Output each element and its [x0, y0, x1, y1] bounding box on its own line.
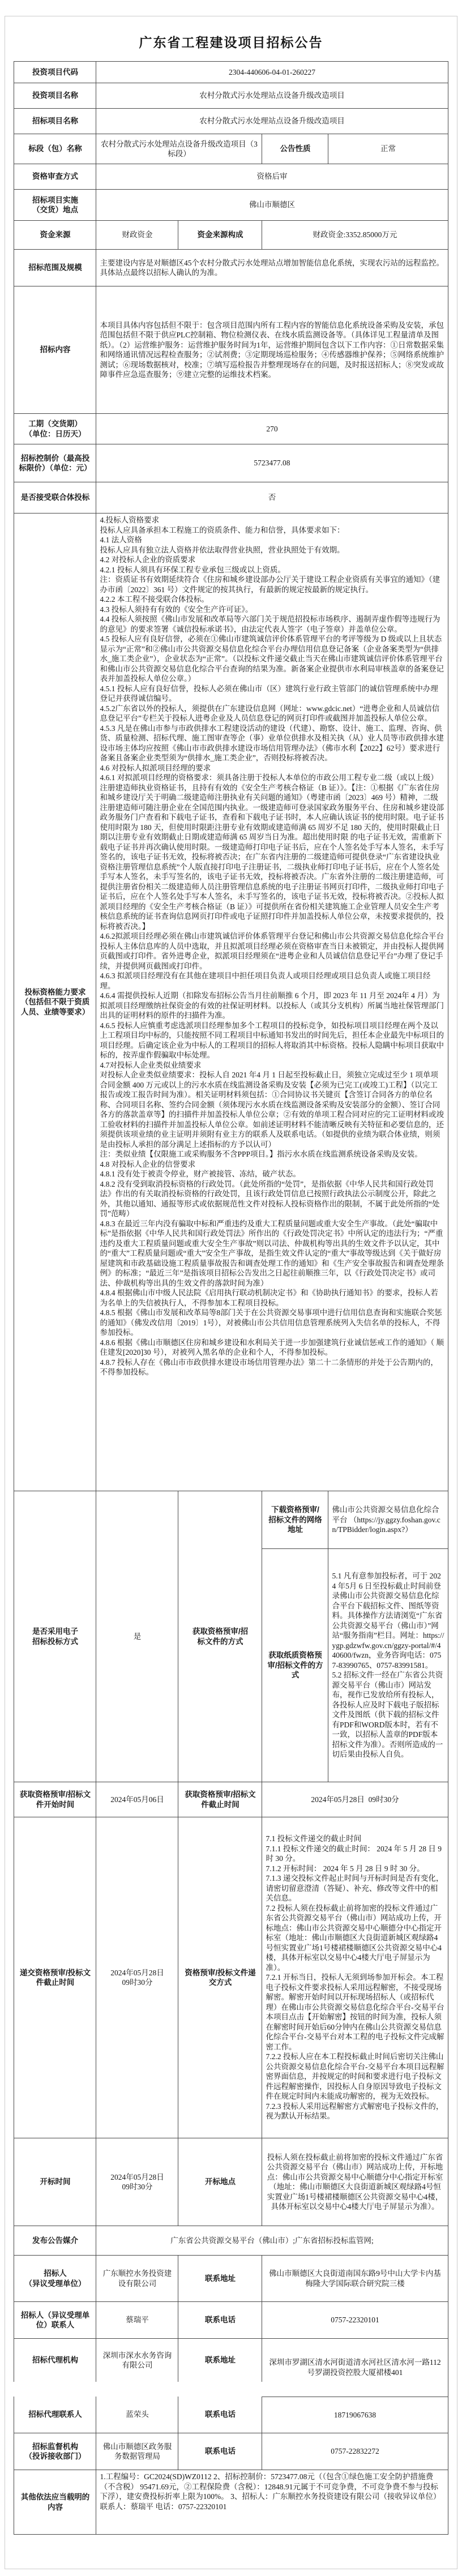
- value-doc-deadline: 2024年05月28日 09时30分: [262, 1782, 448, 1817]
- value-notice-nature: 正常: [328, 134, 448, 164]
- label-doc-start-time: 获取资格预审/招标文件开始时间: [14, 1782, 96, 1817]
- value-bid-project-name: 农村分散式污水处理站点设备升级改造项目: [96, 109, 448, 134]
- value-qualification-method: 资格后审: [96, 164, 448, 190]
- value-submission-method: 7.1 投标文件递交的截止时间 7.1.1 投标文件递交的截止时间： 2024 …: [262, 1817, 448, 2138]
- value-section-name: 农村分散式污水处理站点设备升级改造项目（3标段）: [96, 134, 262, 164]
- label-bidder-qualification: 投标资格能力要求（包括但不限于资质人员、业绩等要求）: [14, 514, 96, 1491]
- value-tenderer-phone: 0757-22320101: [262, 2302, 448, 2339]
- value-price-ceiling: 5723477.08: [96, 444, 448, 482]
- row-document-time: 获取资格预审/招标文件开始时间 2024年05月06日 获取资格预审/招标文件截…: [14, 1782, 448, 1817]
- value-tenderer-address: 佛山市顺德区大良街道南国东路9号中山大学卡内基梅隆大学国际联合研究院三楼: [262, 2256, 448, 2302]
- label-price-ceiling: 招标控制价（最高投标限价）（单位：元）: [14, 444, 96, 482]
- tender-announcement-table: 投资项目代码 2304-440606-04-01-260227 投资项目名称 农…: [14, 61, 448, 2535]
- row-electronic-bidding: 是否采用电子 招标投标方式 是 获取资格预审/招 标文件的方式 下载资格预审/ …: [14, 1491, 448, 1549]
- value-bid-content: 本项目具体内容包括但不限于：包含项目范围内所有工程内容的智能信息化系统设备采购及…: [96, 286, 448, 414]
- value-tenderer: 广东顺控水务投资建设有限公司: [96, 2256, 178, 2302]
- label-submission-deadline: 递交资格预审/投标文件截止时间: [14, 1817, 96, 2138]
- label-opening-time: 开标时间: [14, 2138, 96, 2226]
- row-qualification-method: 资格审查方式 资格后审: [14, 164, 448, 190]
- row-section-name: 标段（包）名称 农村分散式污水处理站点设备升级改造项目（3标段） 公告性质 正常: [14, 134, 448, 164]
- label-notice-nature: 公告性质: [262, 134, 328, 164]
- spacer-cell: [178, 2382, 262, 2397]
- label-agency-contact: 招标代理联系人: [14, 2397, 96, 2433]
- label-duration: 工期（交货期） （单位：日历天）: [14, 414, 96, 444]
- label-tenderer-contact: 招标人（异议受理单位）联系人: [14, 2302, 96, 2339]
- value-download-url: 佛山市公共资源交易信息化综合平台 （https://jy.ggzy.foshan…: [328, 1491, 448, 1549]
- value-agency-contact: 蓝荣头: [96, 2397, 178, 2433]
- label-project-code: 投资项目代码: [14, 62, 96, 83]
- label-tenderer-address: 联系地址: [178, 2256, 262, 2302]
- label-doc-deadline: 获取资格预审/招标文件截止时间: [178, 1782, 262, 1817]
- label-opening-place: 开标地点: [178, 2138, 262, 2226]
- row-other-content: 其他依法应当载明的内容 1.工程编号：GC2024(SD)WZ0112 2、招标…: [14, 2470, 448, 2535]
- value-electronic-bidding: 是: [96, 1491, 178, 1782]
- label-announcement-media: 发布公告媒介: [14, 2226, 96, 2256]
- row-agency: 招标代理机构 深圳市深水水务咨询有限公司 联系地址 深圳市罗湖区清水河街道清水河…: [14, 2339, 448, 2382]
- row-duration: 工期（交货期） （单位：日历天） 270: [14, 414, 448, 444]
- value-opening-time: 2024年05月28日 09时30分: [96, 2138, 178, 2226]
- value-announcement-media: 广东省公共资源交易平台（佛山市）;广东省招标投标监管网;: [96, 2226, 448, 2256]
- row-bid-opening: 开标时间 2024年05月28日 09时30分 开标地点 投标人须在投标截止前将…: [14, 2138, 448, 2226]
- label-agency-phone: 联系电话: [178, 2397, 262, 2433]
- page-title: 广东省工程建设项目招标公告: [10, 32, 452, 51]
- row-fund-source: 资金来源 财政资金 资金来源构成 财政资金:3352.85000万元: [14, 221, 448, 250]
- row-agency-contact: 招标代理联系人 蓝荣头 联系电话 18719067638: [14, 2397, 448, 2433]
- row-tenderer-contact: 招标人（异议受理单位）联系人 蔡瑞平 联系电话 0757-22320101: [14, 2302, 448, 2339]
- label-other-content: 其他依法应当载明的内容: [14, 2470, 96, 2535]
- value-opening-place: 投标人须在投标截止前将加密的投标文件通过广东省公共资源交易平台（佛山市）网站成功…: [262, 2138, 448, 2226]
- row-bid-content: 招标内容 本项目具体内容包括但不限于：包含项目范围内所有工程内容的智能信息化系统…: [14, 286, 448, 414]
- row-project-code: 投资项目代码 2304-440606-04-01-260227: [14, 62, 448, 83]
- value-delivery-location: 佛山市顺德区: [96, 190, 448, 221]
- label-tenderer: 招标人 （异议受理单位）: [14, 2256, 96, 2302]
- label-submission-method: 资格预审/投标文件递交方式: [178, 1817, 262, 2138]
- label-electronic-bidding: 是否采用电子 招标投标方式: [14, 1491, 96, 1782]
- label-supervisor-phone: 联系电话: [178, 2433, 262, 2470]
- value-other-content: 1.工程编号：GC2024(SD)WZ0112 2、招标控制价：5723477.…: [96, 2470, 448, 2535]
- row-submission-deadline: 递交资格预审/投标文件截止时间 2024年05月28日 09时30分 资格预审/…: [14, 1817, 448, 2138]
- label-scope: 招标范围及规模: [14, 250, 96, 286]
- label-consortium: 是否接受联合体投标: [14, 482, 96, 514]
- row-consortium: 是否接受联合体投标 否: [14, 482, 448, 514]
- row-tenderer: 招标人 （异议受理单位） 广东顺控水务投资建设有限公司 联系地址 佛山市顺德区大…: [14, 2256, 448, 2302]
- label-fund-composition: 资金来源构成: [178, 221, 262, 250]
- label-agency: 招标代理机构: [14, 2339, 96, 2382]
- value-duration: 270: [96, 414, 448, 444]
- value-agency-address: 深圳市罗湖区清水河街道清水河社区清水河一路112号罗湖投资控股大厦裙楼401: [262, 2339, 448, 2397]
- row-bid-project-name: 招标项目名称 农村分散式污水处理站点设备升级改造项目: [14, 109, 448, 134]
- value-agency: 深圳市深水水务咨询有限公司: [96, 2339, 178, 2382]
- value-project-code: 2304-440606-04-01-260227: [96, 62, 448, 83]
- label-fund-source: 资金来源: [14, 221, 96, 250]
- spacer-cell: [96, 2382, 178, 2397]
- label-qualification-method: 资格审查方式: [14, 164, 96, 190]
- row-scope: 招标范围及规模 主要建设内容是对顺德区45个农村分散式污水处理站点增加智能信息化…: [14, 250, 448, 286]
- label-download-url: 下载资格预审/ 招标文件的网络 地址: [262, 1491, 328, 1549]
- row-supervisor: 招标监督机构 （投诉接收部门） 佛山市顺德区政务服务数据管理局 联系电话 075…: [14, 2433, 448, 2470]
- label-section-name: 标段（包）名称: [14, 134, 96, 164]
- label-obtain-documents-method: 获取资格预审/招 标文件的方式: [178, 1491, 262, 1782]
- row-investment-name: 投资项目名称 农村分散式污水处理站点设备升级改造项目: [14, 83, 448, 109]
- value-fund-source: 财政资金: [96, 221, 178, 250]
- label-bid-project-name: 招标项目名称: [14, 109, 96, 134]
- value-agency-phone: 18719067638: [262, 2397, 448, 2433]
- value-scope: 主要建设内容是对顺德区45个农村分散式污水处理站点增加智能信息化系统，实现农污站…: [96, 250, 448, 286]
- label-paper-documents-method: 获取纸质资格预审/招标文件的方式: [262, 1549, 328, 1782]
- row-price-ceiling: 招标控制价（最高投标限价）（单位：元） 5723477.08: [14, 444, 448, 482]
- value-bidder-qualification: 4.投标人资格要求 投标人应具备承担本工程施工的资质条件、能力和信誉，具体要求如…: [96, 514, 448, 1491]
- value-paper-documents-method: 5.1 凡有意参加投标者，可于 2024 年5月 6 日至投标截止时间前登录佛山…: [328, 1549, 448, 1782]
- value-consortium: 否: [96, 482, 448, 514]
- label-supervisor: 招标监督机构 （投诉接收部门）: [14, 2433, 96, 2470]
- value-doc-start-time: 2024年05月06日: [96, 1782, 178, 1817]
- value-supervisor: 佛山市顺德区政务服务数据管理局: [96, 2433, 178, 2470]
- row-bidder-qualification: 投标资格能力要求（包括但不限于资质人员、业绩等要求） 4.投标人资格要求 投标人…: [14, 514, 448, 1491]
- value-investment-name: 农村分散式污水处理站点设备升级改造项目: [96, 83, 448, 109]
- value-fund-composition: 财政资金:3352.85000万元: [262, 221, 448, 250]
- row-announcement-media: 发布公告媒介 广东省公共资源交易平台（佛山市）;广东省招标投标监管网;: [14, 2226, 448, 2256]
- value-supervisor-phone: 0757-22832272: [262, 2433, 448, 2470]
- label-tenderer-phone: 联系电话: [178, 2302, 262, 2339]
- spacer-cell: [14, 2382, 96, 2397]
- label-investment-name: 投资项目名称: [14, 83, 96, 109]
- label-bid-content: 招标内容: [14, 286, 96, 414]
- label-delivery-location: 招标项目实施 （交货）地点: [14, 190, 96, 221]
- value-tenderer-contact: 蔡瑞平: [96, 2302, 178, 2339]
- value-submission-deadline: 2024年05月28日 09时30分: [96, 1817, 178, 2138]
- row-delivery-location: 招标项目实施 （交货）地点 佛山市顺德区: [14, 190, 448, 221]
- label-agency-address: 联系地址: [178, 2339, 262, 2382]
- page-frame: 广东省工程建设项目招标公告 投资项目代码 2304-440606-04-01-2…: [5, 16, 457, 2569]
